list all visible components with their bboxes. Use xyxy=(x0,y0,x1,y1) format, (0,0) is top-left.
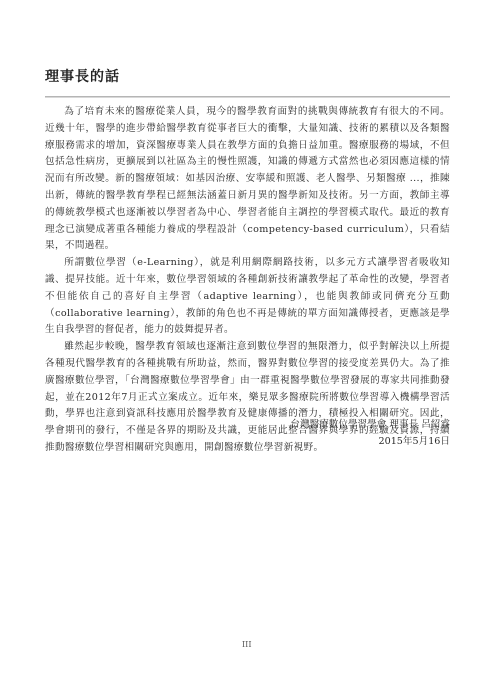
paragraph: 所謂數位學習（e-Learning），就是利用網際網路技術，以多元方式讓學習者吸… xyxy=(45,255,450,339)
paragraph: 為了培育未來的醫療從業人員，現今的醫學教育面對的挑戰與傳統教育有很大的不同。近幾… xyxy=(45,104,450,255)
signature-date: 2015年5月16日 xyxy=(290,433,450,450)
signature-name: 台灣醫療數位學習學會 理事長 呂紹睿 xyxy=(290,416,450,433)
signature-block: 台灣醫療數位學習學會 理事長 呂紹睿 2015年5月16日 xyxy=(290,416,450,450)
page-title: 理事長的話 xyxy=(45,66,120,86)
title-divider xyxy=(45,96,450,98)
page-number: III xyxy=(242,640,251,649)
body-text: 為了培育未來的醫療從業人員，現今的醫學教育面對的挑戰與傳統教育有很大的不同。近幾… xyxy=(45,104,450,457)
